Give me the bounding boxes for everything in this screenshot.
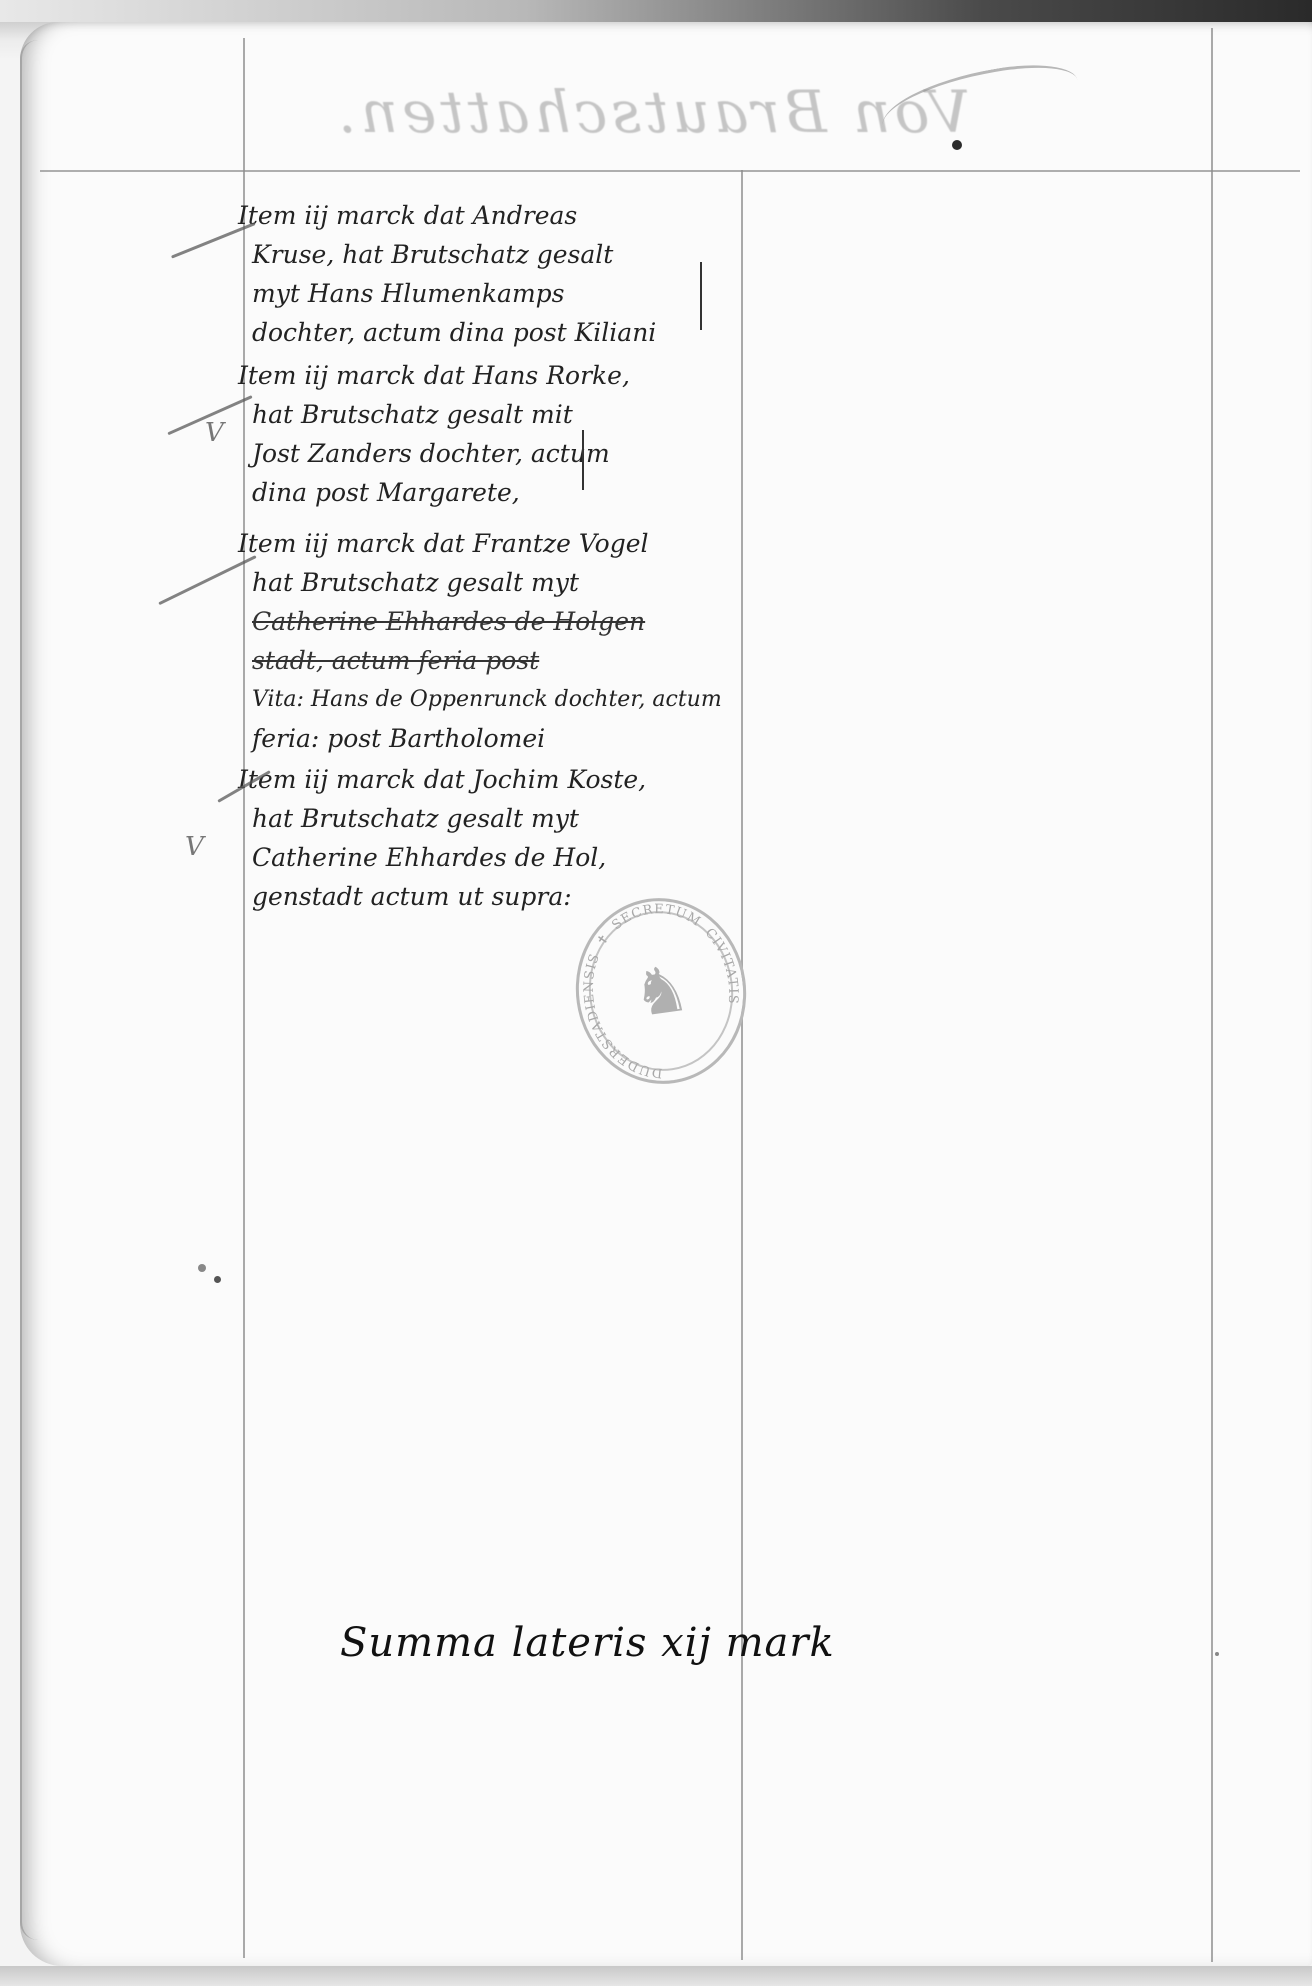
book-top-edge xyxy=(0,0,1312,22)
margin-check-mark: V xyxy=(205,418,224,448)
entry-line: Item iij marck dat Hans Rorke, xyxy=(230,356,740,395)
entry-line: Catherine Ehhardes de Hol, xyxy=(230,838,740,877)
ledger-entries: Item iij marck dat Andreas Kruse, hat Br… xyxy=(230,190,740,916)
entry-line: Kruse, hat Brutschatz gesalt xyxy=(230,235,740,274)
entry-line: myt Hans Hlumenkamps xyxy=(230,274,740,313)
page-binding-edge xyxy=(20,40,38,1940)
page-headline-bleedthrough: Von Brautschatten. xyxy=(330,78,970,158)
ruling-right-margin xyxy=(1211,28,1213,1962)
ink-speck xyxy=(198,1264,206,1272)
city-seal-stamp: DUDERSTADIENSIS ✝ SECRETUM CIVITATIS ♞ xyxy=(564,887,758,1095)
lion-rampant-icon: ♞ xyxy=(617,942,705,1042)
ledger-entry: Item iij marck dat Andreas Kruse, hat Br… xyxy=(230,196,740,352)
ledger-entry: Item iij marck dat Frantze Vogel hat Bru… xyxy=(230,524,740,758)
margin-check-mark: V xyxy=(185,832,204,862)
entry-line-struck: stadt, actum feria post xyxy=(230,641,740,680)
entry-line: feria: post Bartholomei xyxy=(230,719,740,758)
summa-lateris-total: Summa lateris xij mark xyxy=(340,1620,860,1666)
entry-line: Jost Zanders dochter, actum xyxy=(230,434,740,473)
entry-line: hat Brutschatz gesalt mit xyxy=(230,395,740,434)
entry-line: dochter, actum dina post Kiliani xyxy=(230,313,740,352)
entry-line-struck: Catherine Ehhardes de Holgen xyxy=(230,602,740,641)
ruling-header-line xyxy=(40,170,1300,172)
headline-period-mark xyxy=(952,140,962,150)
entry-line: Item iij marck dat Jochim Koste, xyxy=(230,760,740,799)
entry-bracket xyxy=(582,430,584,490)
ledger-entry: Item iij marck dat Hans Rorke, hat Bruts… xyxy=(230,356,740,512)
entry-line: Item iij marck dat Andreas xyxy=(230,196,740,235)
ink-speck xyxy=(1215,1652,1219,1656)
entry-line: Item iij marck dat Frantze Vogel xyxy=(230,524,740,563)
entry-line: hat Brutschatz gesalt myt xyxy=(230,563,740,602)
entry-line: Vita: Hans de Oppenrunck dochter, actum xyxy=(230,680,740,719)
entry-line: dina post Margarete, xyxy=(230,473,740,512)
ink-speck xyxy=(214,1276,221,1283)
entry-line: hat Brutschatz gesalt myt xyxy=(230,799,740,838)
page-bottom-shadow xyxy=(0,1966,1312,1986)
entry-bracket xyxy=(700,262,702,330)
seal-cross-icon: ✝ xyxy=(593,929,615,950)
ledger-entry: Item iij marck dat Jochim Koste, hat Bru… xyxy=(230,760,740,916)
